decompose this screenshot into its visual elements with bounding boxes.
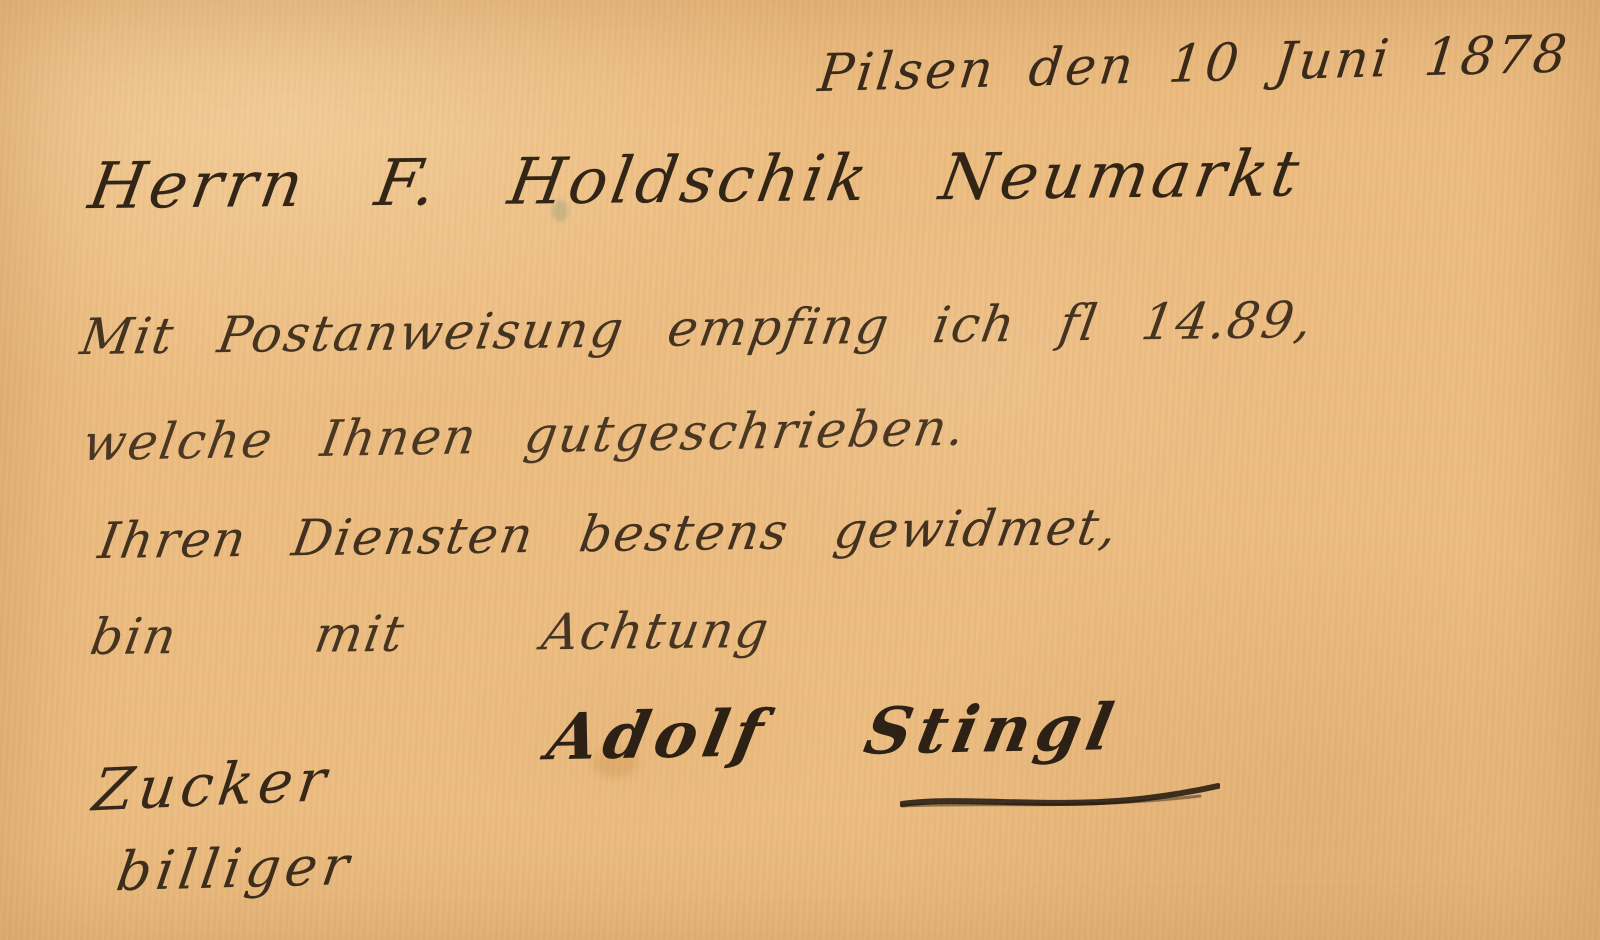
- dateline: Pilsen den 10 Juni 1878: [815, 24, 1572, 104]
- addressee-line: Herrn F. Holdschik Neumarkt: [84, 137, 1308, 224]
- signature-flourish-underline: [900, 782, 1220, 816]
- body-line-4: bin mit Achtung: [86, 601, 774, 666]
- body-line-3: Ihren Diensten bestens gewidmet,: [95, 498, 1123, 570]
- body-line-1: Mit Postanweisung empfing ich fl 14.89,: [77, 291, 1318, 366]
- body-line-2: welche Ihnen gutgeschrieben.: [79, 399, 971, 473]
- postscript-line-billiger: billiger: [113, 834, 358, 903]
- postcard-scan: Pilsen den 10 Juni 1878 Herrn F. Holdsch…: [0, 0, 1600, 940]
- postscript-line-zucker: Zucker: [89, 746, 335, 825]
- signature: Adolf Stingl: [541, 690, 1124, 775]
